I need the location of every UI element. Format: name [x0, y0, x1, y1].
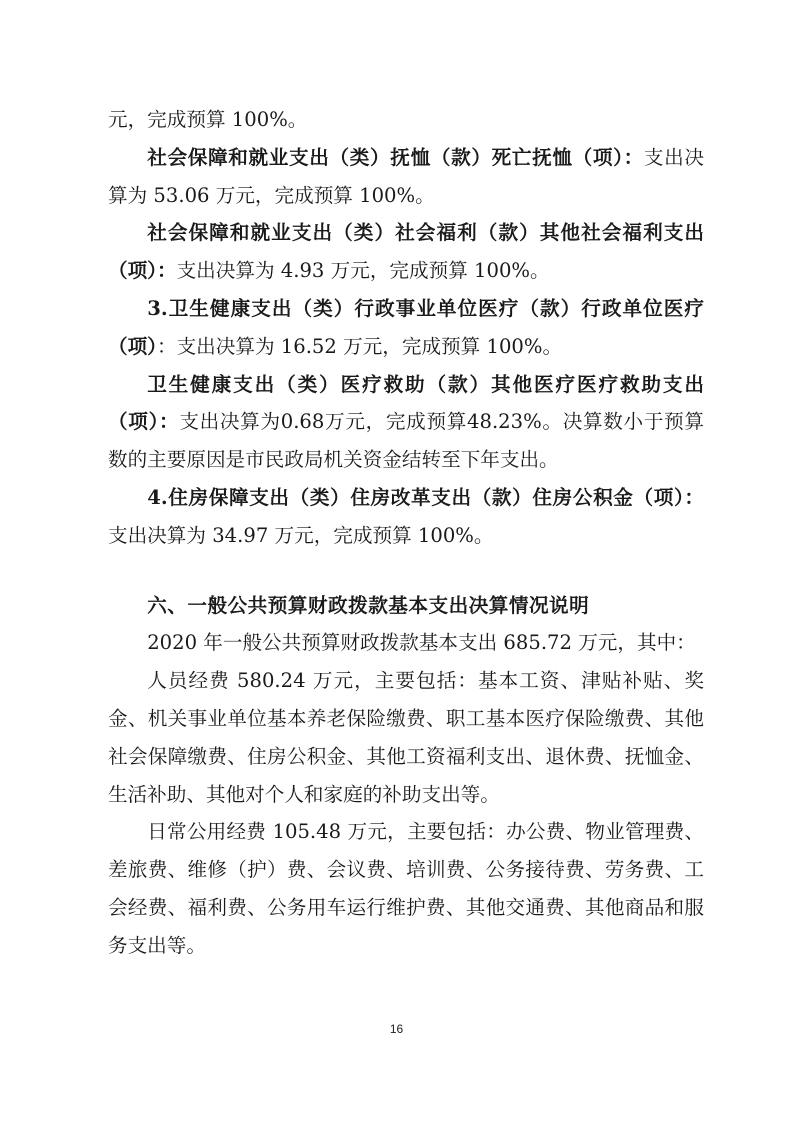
section-heading: 六、一般公共预算财政拨款基本支出决算情况说明 [108, 587, 704, 625]
paragraph-text: ：支出决算为 16.52 万元，完成预算 100%。 [157, 335, 562, 358]
paragraph-public-expenses: 日常公用经费 105.48 万元，主要包括：办公费、物业管理费、差旅费、维修（护… [108, 813, 704, 964]
paragraph-social-welfare: 社会保障和就业支出（类）社会福利（款）其他社会福利支出（项）：支出决算为 4.9… [108, 214, 704, 290]
document-page: 元，完成预算 100%。 社会保障和就业支出（类）抚恤（款）死亡抚恤（项）：支出… [108, 101, 704, 965]
paragraph-text: 支出决算为 4.93 万元，完成预算 100%。 [177, 259, 550, 282]
paragraph-basic-expenditure-total: 2020 年一般公共预算财政拨款基本支出 685.72 万元，其中： [108, 624, 704, 662]
paragraph-text: 支出决算为0.68万元，完成预算48.23%。决算数小于预算数的主要原因是市民政… [108, 410, 704, 471]
page-number: 16 [0, 1022, 793, 1036]
paragraph-death-pension: 社会保障和就业支出（类）抚恤（款）死亡抚恤（项）：支出决算为 53.06 万元，… [108, 139, 704, 215]
paragraph-medical-assistance: 卫生健康支出（类）医疗救助（款）其他医疗医疗救助支出（项）：支出决算为0.68万… [108, 366, 704, 479]
paragraph-subject: 社会保障和就业支出（类）抚恤（款）死亡抚恤（项）： [147, 146, 644, 169]
paragraph-personnel-expenses: 人员经费 580.24 万元，主要包括：基本工资、津贴补贴、奖金、机关事业单位基… [108, 662, 704, 813]
paragraph-subject: 4.住房保障支出（类）住房改革支出（款）住房公积金（项）： [147, 486, 704, 509]
paragraph-continuation: 元，完成预算 100%。 [108, 101, 704, 139]
paragraph-housing-fund: 4.住房保障支出（类）住房改革支出（款）住房公积金（项）：支出决算为 34.97… [108, 479, 704, 555]
paragraph-text: 元，完成预算 100%。 [108, 108, 307, 131]
paragraph-text: 支出决算为 34.97 万元，完成预算 100%。 [108, 524, 494, 547]
paragraph-health-admin-medical: 3.卫生健康支出（类）行政事业单位医疗（款）行政单位医疗（项）：支出决算为 16… [108, 290, 704, 366]
